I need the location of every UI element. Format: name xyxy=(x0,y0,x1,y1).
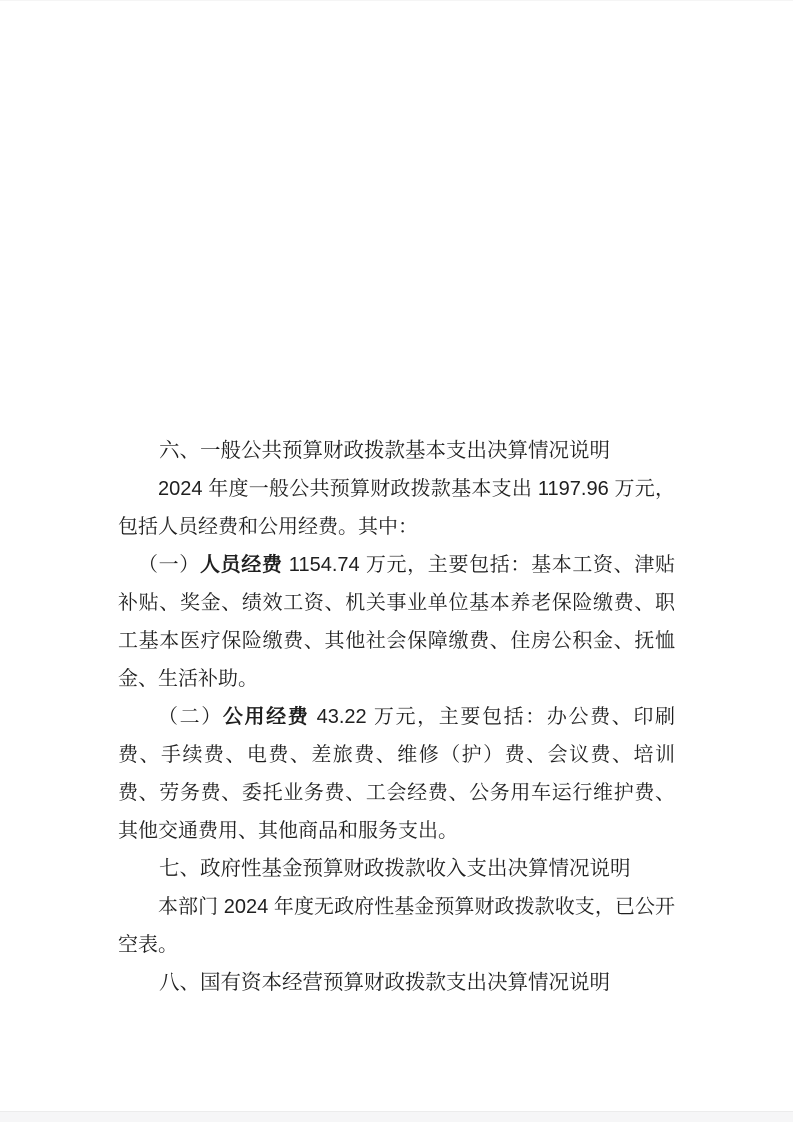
public-expense-paragraph: （二）公用经费 43.22 万元，主要包括：办公费、印刷费、手续费、电费、差旅费… xyxy=(118,698,675,850)
page-bottom-gap xyxy=(0,1111,793,1122)
section-heading-7-segment-0: 七、政府性基金预算财政拨款收入支出决算情况说明 xyxy=(159,858,631,880)
public-expense-paragraph-segment-1: 公用经费 xyxy=(223,706,310,728)
section-heading-7: 七、政府性基金预算财政拨款收入支出决算情况说明 xyxy=(118,850,675,888)
section-heading-8: 八、国有资本经营预算财政拨款支出决算情况说明 xyxy=(118,964,675,1002)
personnel-expense-paragraph-segment-1: 人员经费 xyxy=(200,554,283,576)
document-text-block: 六、一般公共预算财政拨款基本支出决算情况说明2024 年度一般公共预算财政拨款基… xyxy=(118,432,675,1002)
section-heading-6: 六、一般公共预算财政拨款基本支出决算情况说明 xyxy=(118,432,675,470)
basic-expenditure-summary-paragraph: 2024 年度一般公共预算财政拨款基本支出 1197.96 万元，包括人员经费和… xyxy=(118,470,675,546)
public-expense-paragraph-segment-0: （二） xyxy=(158,706,223,728)
section-heading-8-segment-0: 八、国有资本经营预算财政拨款支出决算情况说明 xyxy=(159,972,610,994)
basic-expenditure-summary-paragraph-segment-0: 2024 年度一般公共预算财政拨款基本支出 1197.96 万元，包括人员经费和… xyxy=(118,478,675,538)
personnel-expense-paragraph-segment-0: （一） xyxy=(138,554,200,576)
government-fund-paragraph-segment-0: 本部门 2024 年度无政府性基金预算财政拨款收支，已公开空表。 xyxy=(118,896,675,956)
government-fund-paragraph: 本部门 2024 年度无政府性基金预算财政拨款收支，已公开空表。 xyxy=(118,888,675,964)
section-heading-6-segment-0: 六、一般公共预算财政拨款基本支出决算情况说明 xyxy=(159,440,610,462)
personnel-expense-paragraph: （一）人员经费 1154.74 万元，主要包括：基本工资、津贴补贴、奖金、绩效工… xyxy=(118,546,675,698)
document-page: 六、一般公共预算财政拨款基本支出决算情况说明2024 年度一般公共预算财政拨款基… xyxy=(0,0,793,1122)
